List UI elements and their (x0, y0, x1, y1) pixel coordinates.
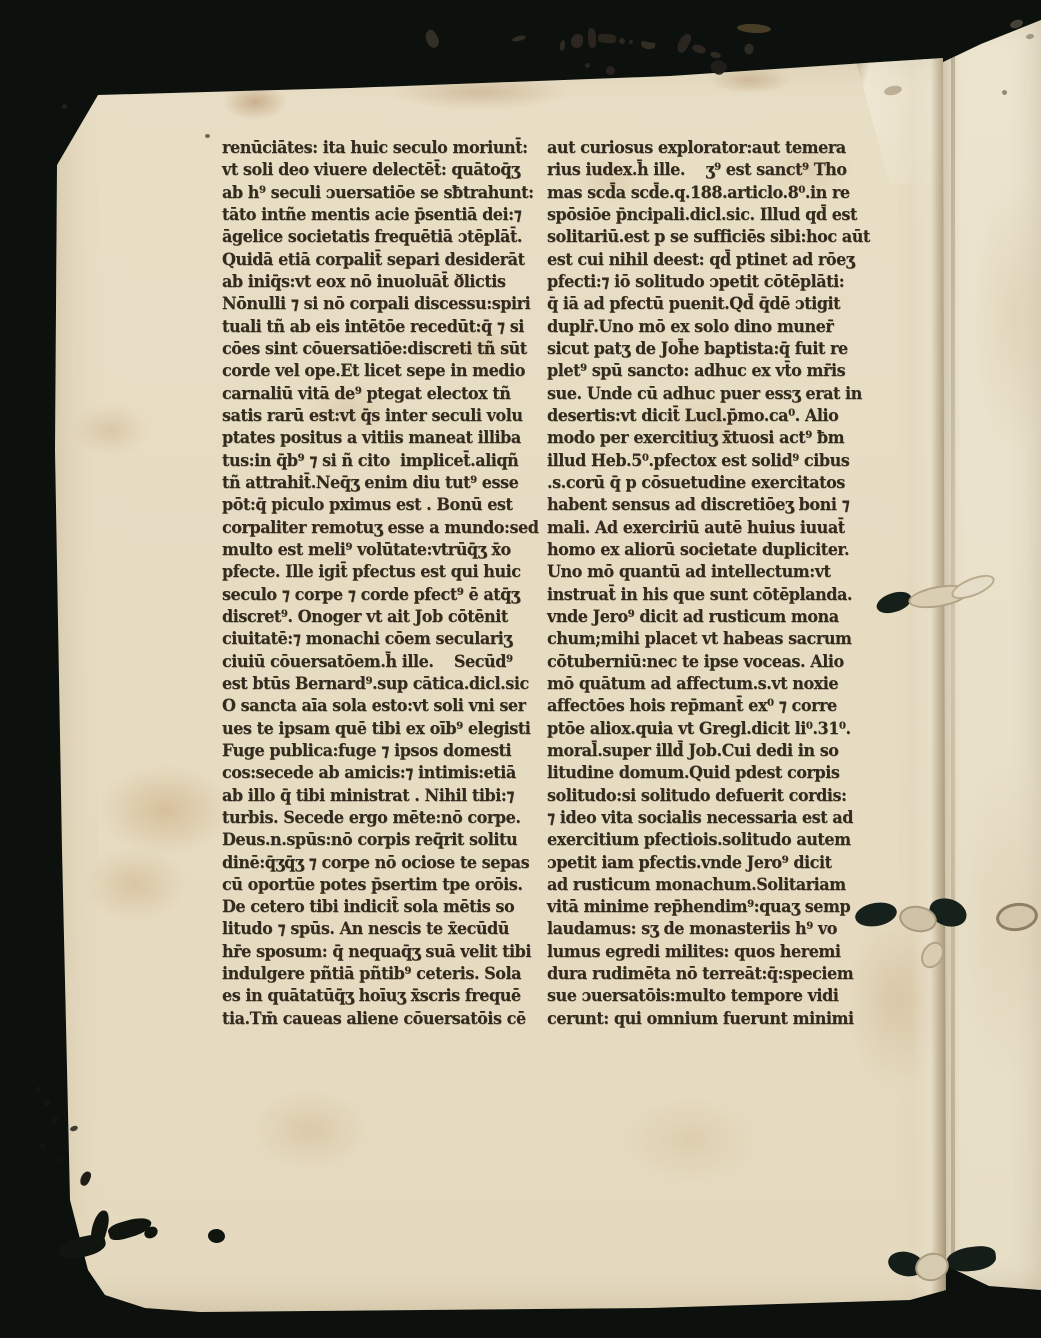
text-line: litudo ⁊ spūs. An nescis te x̄ecūdū (222, 918, 536, 941)
ink-blot (619, 38, 625, 44)
ink-blot (35, 1086, 41, 1094)
text-line: dinē:q̄ʒq̄ʒ ⁊ corpe nō ociose te sepas (222, 851, 536, 874)
text-line: Uno mō quantū ad intellectum:vt (547, 561, 881, 584)
ink-blot (512, 34, 527, 42)
text-line: tāto intñe mentis acie p̄sentiā dei:⁊ (222, 204, 536, 227)
text-line: ad rusticum monachum.Solitariam (547, 873, 881, 896)
text-line: ab illo q̄ tibi ministrat . Nihil tibi:⁊ (222, 784, 536, 807)
text-line: solitariū.est p se sufficiēs sibi:hoc aū… (547, 226, 881, 249)
text-line: cōes sint cōuersatiōe:discreti tñ sūt (222, 338, 536, 361)
text-line: pōt:q̄ piculo pximus est . Bonū est (222, 494, 536, 517)
text-line: vnde Jero⁹ dicit ad rusticum mona (547, 605, 881, 628)
manuscript-photo: renūciātes: ita huic seculo moriunt̄:vt … (0, 0, 1041, 1338)
text-line: es in quātatūq̄ʒ hoīuʒ x̄scris frequē (222, 985, 536, 1008)
text-line: ptōe aliox.quia vt Gregl.dicit li⁰.31⁰. (547, 717, 881, 740)
text-line: satis rarū est:vt q̄s inter seculi volu (222, 404, 536, 427)
text-column-right: aut curiosus explorator:aut temerarius i… (547, 137, 881, 1030)
text-line: vitā minime rep̄hendim⁹:quaʒ semp (547, 896, 881, 919)
text-line: mas scd̄a scd̄e.q.188.articlo.8⁰.in re (547, 181, 881, 204)
ink-blot (629, 40, 633, 44)
text-line: ptates positus a vitiis maneat illiba (222, 427, 536, 450)
text-line: corpaliter remotuʒ esse a mundo:sed (222, 516, 536, 539)
ink-blot (570, 33, 583, 48)
text-line: O sancta aīa sola esto:vt soli vni ser (222, 695, 536, 718)
text-line: aut curiosus explorator:aut temera (547, 137, 881, 160)
text-line: duplr̄.Uno mō ex solo dino muner̄ (547, 315, 881, 338)
ink-blot (44, 1100, 50, 1106)
text-line: renūciātes: ita huic seculo moriunt̄: (222, 137, 536, 160)
text-line: spōsiōe p̄ncipali.dicl.sic. Illud qd̄ es… (547, 204, 881, 227)
text-line: mali. Ad exerciriū autē huius iuuat̄ (547, 516, 881, 539)
text-line: ciuitatē:⁊ monachi cōem seculariʒ (222, 628, 536, 651)
ink-blot (587, 28, 596, 49)
text-line: dura rudimēta nō terreāt:q̄:speciem (547, 963, 881, 986)
text-line: tñ attrahit̄.Neq̄ʒ enim diu tut⁹ esse (222, 471, 536, 494)
text-line: habent sensus ad discretiōeʒ boni ⁊ (547, 494, 881, 517)
text-line: sicut patʒ de Joh̄e baptista:q̄ fuit re (547, 338, 881, 361)
text-line: ɔpetit iam pfectis.vnde Jero⁹ dicit (547, 851, 881, 874)
text-line: pfecti:⁊ iō solitudo ɔpetit cōtēplāti: (547, 271, 881, 294)
text-line: āgelice societatis frequētiā ɔtēplāt̄. (222, 226, 536, 249)
text-line: Nōnulli ⁊ si nō corpali discessu:spiri (222, 293, 536, 316)
text-line: exercitium pfectiois.solitudo autem (547, 829, 881, 852)
text-line: instruat̄ in his que sunt cōtēplanda. (547, 583, 881, 606)
text-line: illud Heb.5⁰.pfectox est solid⁹ cibus (547, 449, 881, 472)
ink-blot (675, 32, 693, 54)
text-line: ab h⁹ seculi ɔuersatiōe se sƀtrahunt: (222, 181, 536, 204)
ink-blot (742, 42, 756, 56)
book-page: renūciātes: ita huic seculo moriunt̄:vt … (50, 50, 946, 1316)
text-line: indulgere pñtiā pñtib⁹ ceteris. Sola (222, 963, 536, 986)
text-column-left: renūciātes: ita huic seculo moriunt̄:vt … (222, 137, 536, 1030)
text-line: turbis. Secede ergo mēte:nō corpe. (222, 806, 536, 829)
text-line: mō quātum ad affectum.s.vt noxie (547, 672, 881, 695)
text-line: moral̄.super illd̄ Job.Cui dedi in so (547, 739, 881, 762)
text-line: affectōes hois rep̄mant̄ ex⁰ ⁊ corre (547, 695, 881, 718)
ink-blot (585, 63, 590, 68)
text-line: Fuge publica:fuge ⁊ ipsos domesti (222, 739, 536, 762)
ink-blot (422, 28, 442, 50)
ink-blot (737, 23, 771, 34)
text-line: sue ɔuersatōis:multo tempore vidi (547, 985, 881, 1008)
text-line: solitudo:si solitudo defuerit cordis: (547, 784, 881, 807)
ink-blot (606, 66, 615, 75)
text-line: seculo ⁊ corpe ⁊ corde pfect⁹ ē atq̄ʒ (222, 583, 536, 606)
text-line: hr̄e sposum: q̄ nequaq̄ʒ suā velit tibi (222, 940, 536, 963)
text-line: .s.corū q̄ p cōsuetudine exercitatos (547, 471, 881, 494)
text-line: desertis:vt dicit̄ Lucl.p̄mo.ca⁰. Alio (547, 404, 881, 427)
facing-page-edge (933, 16, 1041, 1290)
ink-blot (709, 51, 721, 59)
ink-blot (57, 1158, 61, 1162)
text-line: sue. Unde cū adhuc puer essʒ erat in (547, 382, 881, 405)
text-line: laudamus: sʒ de monasteriis h⁹ vo (547, 918, 881, 941)
text-line: est cui nihil deest: qd̄ ptinet ad rōeʒ (547, 248, 881, 271)
text-line: pfecte. Ille igit̄ pfectus est qui huic (222, 561, 536, 584)
ink-blot (62, 104, 67, 109)
text-line: cerunt: qui omnium fuerunt minimi (547, 1007, 881, 1030)
text-line: ab iniq̄s:vt eox nō inuoluāt̄ ðlictis (222, 271, 536, 294)
ink-blot (598, 33, 617, 43)
text-line: ciuiū cōuersatōem.h̄ ille. Secūd⁹ (222, 650, 536, 673)
text-line: vt soli deo viuere delectēt̄: quātoq̄ʒ (222, 159, 536, 182)
text-line: tus:in q̄b⁹ ⁊ si ñ cito implicet̄.aliqñ (222, 449, 536, 472)
ink-blot (640, 41, 655, 50)
text-line: chum;mihi placet vt habeas sacrum (547, 628, 881, 651)
text-line: homo ex aliorū societate dupliciter. (547, 538, 881, 561)
text-line: ⁊ ideo vita socialis necessaria est ad (547, 806, 881, 829)
text-line: De cetero tibi indicit̄ sola mētis so (222, 896, 536, 919)
text-line: cōtuberniū:nec te ipse voceas. Alio (547, 650, 881, 673)
text-line: discret⁹. Onoger vt ait Job cōtēnit (222, 605, 536, 628)
text-line: modo per exercitiuʒ x̄tuosi act⁹ ƀm (547, 427, 881, 450)
text-line: corde vel ope.Et licet sepe in medio (222, 360, 536, 383)
text-line: ues te ipsam quē tibi ex oīb⁹ elegisti (222, 717, 536, 740)
ink-blot (40, 1144, 45, 1149)
text-line: rius iudex.h̄ ille. ʒ⁹ est sanct⁹ Tho (547, 159, 881, 182)
text-line: cū oportūe potes p̄sertim tpe orōis. (222, 873, 536, 896)
text-line: litudine domum.Quid pdest corpis (547, 762, 881, 785)
ink-blot (559, 40, 565, 52)
text-line: cos:secede ab amicis:⁊ intimis:etiā (222, 762, 536, 785)
text-line: lumus egredi milites: quos heremi (547, 940, 881, 963)
text-line: tuali tñ ab eis intētōe recedūt:q̄ ⁊ si (222, 315, 536, 338)
text-line: est btūs Bernard⁹.sup cātica.dicl.sic (222, 672, 536, 695)
text-line: Deus.n.spūs:nō corpis req̄rit solitu (222, 829, 536, 852)
text-line: q̄ iā ad pfectū puenit.Qd̄ q̄dē ɔtigit (547, 293, 881, 316)
text-line: multo est meli⁹ volūtate:vtrūq̄ʒ x̄o (222, 538, 536, 561)
text-line: plet⁹ spū sancto: adhuc ex vt̄o mr̄is (547, 360, 881, 383)
text-line: carnaliū vitā de⁹ ptegat electox tñ (222, 382, 536, 405)
ink-blot (50, 1115, 59, 1125)
text-line: Quidā etiā corpalit̄ separi desiderāt (222, 248, 536, 271)
ink-blot (691, 43, 707, 55)
text-line: tia.Tm̄ caueas aliene cōuersatōis cē (222, 1007, 536, 1030)
